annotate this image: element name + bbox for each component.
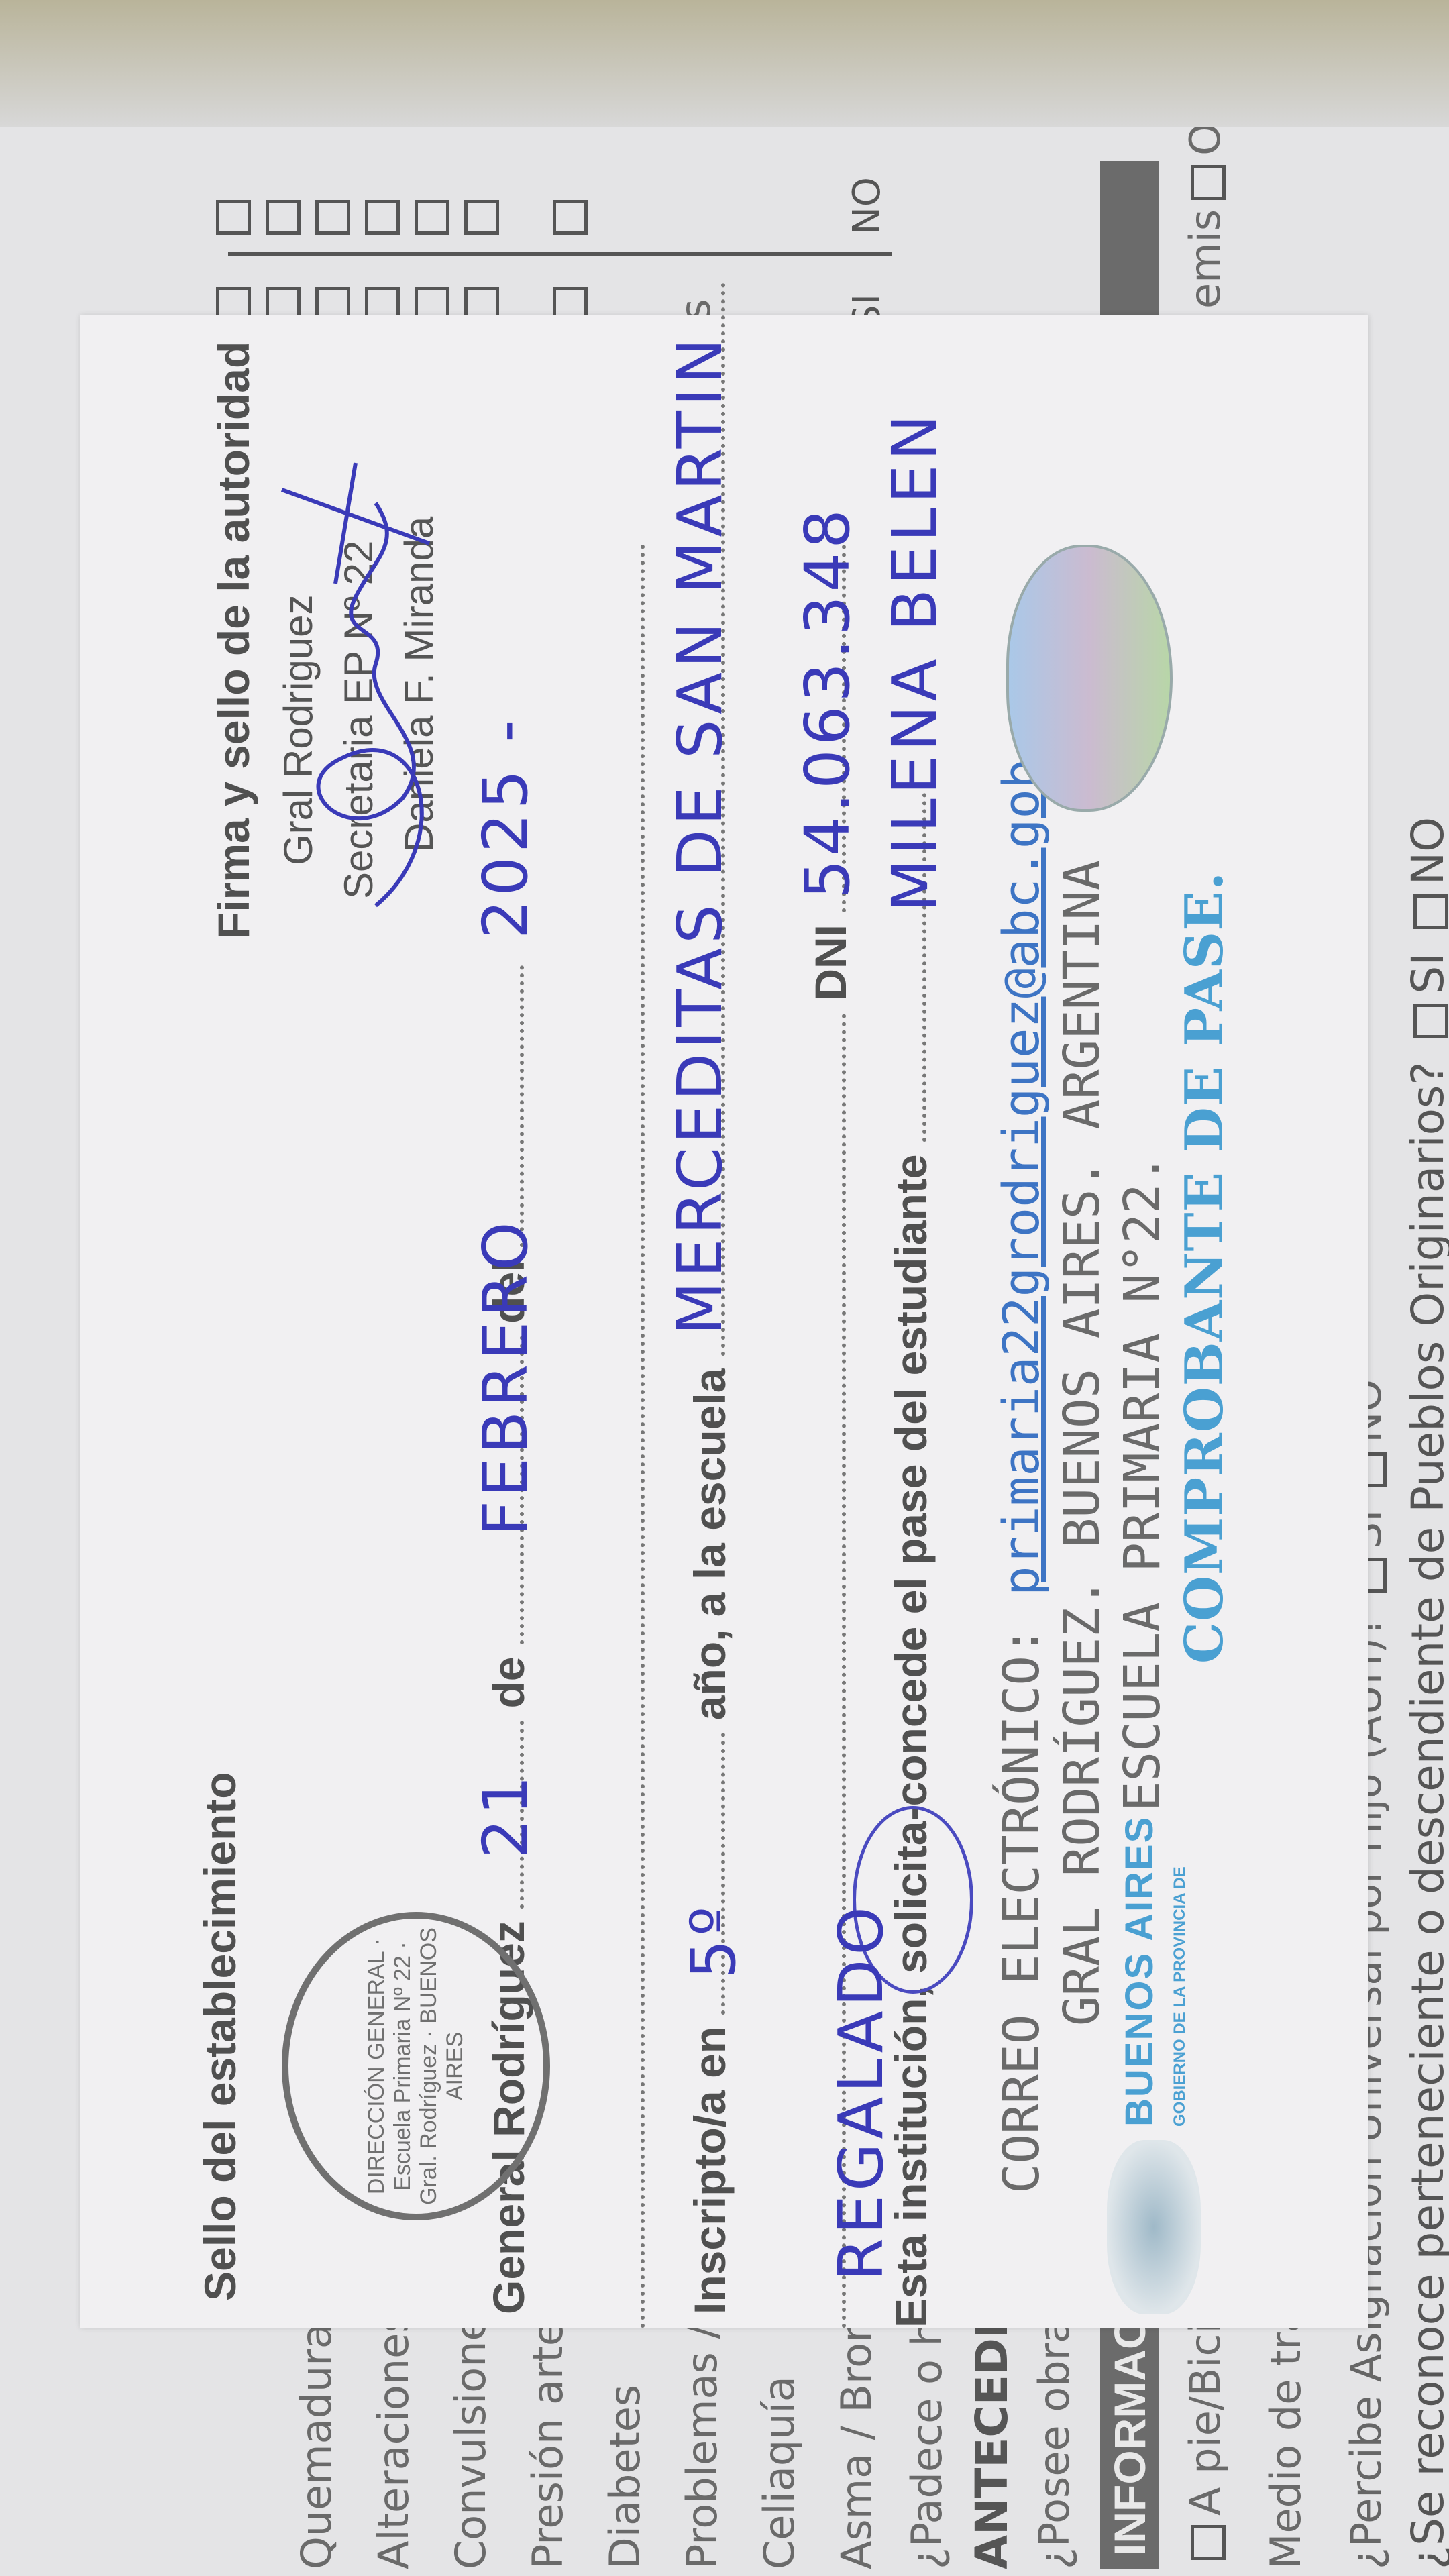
label-no: NO bbox=[1402, 817, 1449, 885]
grade-handwritten: 5º bbox=[678, 1902, 749, 1979]
condition-label: Celiaquía bbox=[755, 2376, 804, 2569]
condition-label: Problemas / t bbox=[678, 2296, 727, 2569]
stamp-label: Sello del establecimiento bbox=[195, 1772, 246, 2301]
label-si: SI bbox=[1402, 953, 1449, 994]
transfer-receipt-slip: GOBIERNO DE LA PROVINCIA DE BUENOS AIRES… bbox=[80, 315, 1368, 2328]
checkbox-no[interactable] bbox=[216, 200, 251, 235]
school-stamp-seal: DIRECCIÓN GENERAL · Escuela Primaria Nº … bbox=[282, 1912, 550, 2220]
checkbox-si[interactable] bbox=[1413, 1004, 1448, 1038]
condition-label: Diabetes bbox=[600, 2385, 649, 2569]
checkbox-otro[interactable] bbox=[1191, 165, 1226, 200]
inscripto-label: Inscripto/a en bbox=[685, 2027, 735, 2314]
condition-label: Quemaduras bbox=[292, 2302, 341, 2569]
blank-dotted-line bbox=[604, 543, 655, 2328]
rotated-document-photo: ¿Se reconoce perteneciente o descendient… bbox=[0, 0, 1449, 2576]
medio-transporte-label: Medio de tra bbox=[1261, 2307, 1310, 2569]
condition-label: Asma / Bron bbox=[832, 2316, 881, 2569]
school-name: ESCUELA PRIMARIA N°22. bbox=[1114, 1154, 1171, 1811]
student-name-handwritten: MILENA BELEN bbox=[879, 411, 951, 912]
condition-label: Convulsiones bbox=[446, 2294, 495, 2569]
logo-title: BUENOS AIRES bbox=[1117, 1816, 1162, 2127]
a-pie-option: A pie/Bici bbox=[1181, 2322, 1230, 2569]
destination-school-handwritten: MERCEDITAS DE SAN MARTIN bbox=[664, 334, 736, 1335]
plastic-sleeve-edge bbox=[0, 0, 1449, 127]
grid-no-header: NO bbox=[845, 177, 889, 235]
student-surname-handwritten: REGALADO bbox=[825, 1902, 897, 2281]
dni-handwritten: 54.063.348 bbox=[792, 505, 863, 899]
condition-label: Presión arter bbox=[523, 2304, 572, 2569]
email-label: CORREO ELECTRÓNICO: bbox=[993, 1626, 1051, 2194]
year-school-label: año, a la escuela bbox=[685, 1368, 735, 1721]
section-informacion-title: INFORMAC bbox=[1105, 2317, 1155, 2556]
concede-text: -concede el pase del estudiante bbox=[886, 1154, 936, 1821]
no-column bbox=[201, 200, 602, 235]
email-link[interactable]: primaria22grodriguez@abc.gob.ar bbox=[993, 669, 1051, 1596]
question-pueblos-originarios: ¿Se reconoce perteneciente o descendient… bbox=[1402, 817, 1449, 2569]
month-handwritten: FEBRERO bbox=[470, 1218, 541, 1536]
de-label: de bbox=[484, 1657, 533, 1709]
checkbox-no[interactable] bbox=[553, 200, 588, 235]
padece-label: ¿Padece o ha bbox=[902, 2294, 951, 2569]
checkbox-no[interactable] bbox=[315, 200, 350, 235]
checkbox-no[interactable] bbox=[415, 200, 449, 235]
a-pie-label: A pie/Bici bbox=[1181, 2322, 1230, 2516]
question-text: ¿Se reconoce perteneciente o descendient… bbox=[1402, 1062, 1449, 2569]
day-handwritten: 21 bbox=[470, 1772, 541, 1858]
email-line: CORREO ELECTRÓNICO: primaria22grodriguez… bbox=[993, 669, 1051, 2194]
school-crest-icon bbox=[1006, 545, 1173, 812]
handwritten-signature-icon bbox=[201, 449, 470, 919]
si-no-checkbox-grid: SI NO bbox=[201, 161, 899, 335]
section-antecedentes-title: ANTECEDE bbox=[966, 2308, 1018, 2569]
checkbox-no[interactable] bbox=[1413, 894, 1448, 929]
stamp-text: DIRECCIÓN GENERAL · Escuela Primaria Nº … bbox=[364, 1919, 468, 2214]
school-location: GRAL RODRÍGUEZ. BUENOS AIRES. ARGENTINA bbox=[1053, 860, 1111, 2026]
year-handwritten: 2025 - bbox=[470, 716, 541, 939]
buenos-aires-logo bbox=[1107, 2140, 1201, 2314]
condition-label: Alteraciones bbox=[369, 2311, 418, 2569]
checkbox-no[interactable] bbox=[266, 200, 301, 235]
remis-label: emis bbox=[1181, 209, 1230, 309]
grid-divider bbox=[228, 252, 892, 256]
dni-label: DNI bbox=[806, 924, 855, 1001]
logo-emblem-icon bbox=[1107, 2140, 1201, 2314]
logo-subtitle: GOBIERNO DE LA PROVINCIA DE bbox=[1171, 1866, 1189, 2127]
year-field[interactable] bbox=[520, 965, 524, 1247]
receipt-title: COMPROBANTE DE PASE. bbox=[1174, 871, 1235, 1664]
checkbox-no[interactable] bbox=[365, 200, 400, 235]
extra-field[interactable] bbox=[641, 543, 645, 2328]
checkbox-a-pie[interactable] bbox=[1191, 2525, 1226, 2560]
checkbox-no[interactable] bbox=[464, 200, 499, 235]
posee-obra-label: ¿Posee obra bbox=[1030, 2318, 1079, 2569]
